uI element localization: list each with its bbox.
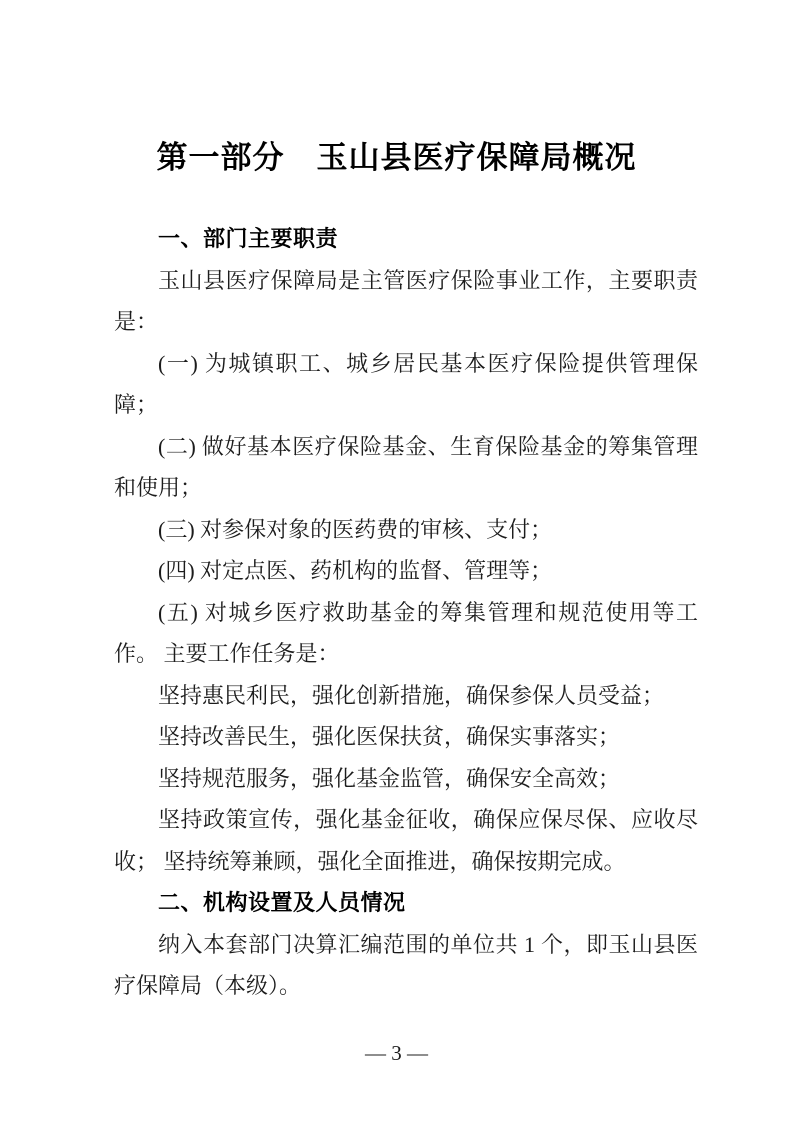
section-2-heading: 二、机构设置及人员情况 [114,882,698,924]
task-line-1: 坚持惠民利民，强化创新措施，确保参保人员受益； [114,675,698,717]
duty-item-3: (三) 对参保对象的医药费的审核、支付； [114,509,698,551]
section-1-heading: 一、部门主要职责 [114,218,698,260]
paragraph-1-line-1: 玉山县医疗保障局是主管医疗保险事业工作，主要职责 [114,260,698,302]
document-page: 第一部分 玉山县医疗保障局概况 一、部门主要职责 玉山县医疗保障局是主管医疗保险… [0,0,793,1122]
task-line-2: 坚持改善民生，强化医保扶贫，确保实事落实； [114,716,698,758]
duty-item-2-line-1: (二) 做好基本医疗保险基金、生育保险基金的筹集管理 [114,426,698,468]
paragraph-1-line-2: 是： [114,301,698,343]
document-title: 第一部分 玉山县医疗保障局概况 [0,140,793,176]
paragraph-2-line-2: 疗保障局（本级）。 [114,965,698,1007]
duty-item-1-line-1: (一) 为城镇职工、城乡居民基本医疗保险提供管理保 [114,343,698,385]
task-line-5: 收； 坚持统筹兼顾，强化全面推进，确保按期完成。 [114,841,698,883]
task-line-3: 坚持规范服务，强化基金监管，确保安全高效； [114,758,698,800]
duty-item-1-line-2: 障； [114,384,698,426]
document-body: 一、部门主要职责 玉山县医疗保障局是主管医疗保险事业工作，主要职责 是： (一)… [114,218,698,1007]
task-line-4: 坚持政策宣传，强化基金征收，确保应保尽保、应收尽 [114,799,698,841]
duty-item-5-line-2: 作。 主要工作任务是： [114,633,698,675]
duty-item-5-line-1: (五) 对城乡医疗救助基金的筹集管理和规范使用等工 [114,592,698,634]
duty-item-4: (四) 对定点医、药机构的监督、管理等； [114,550,698,592]
duty-item-2-line-2: 和使用； [114,467,698,509]
paragraph-2-line-1: 纳入本套部门决算汇编范围的单位共 1 个，即玉山县医 [114,924,698,966]
page-number: — 3 — [0,1033,793,1073]
